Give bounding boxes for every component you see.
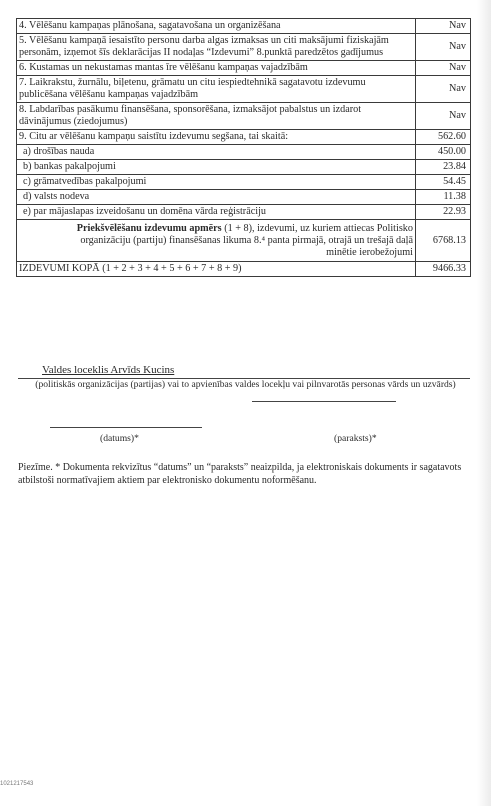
signatory-name: Valdes loceklis Arvīds Kucins bbox=[42, 364, 174, 376]
subrow-value: 11.38 bbox=[416, 190, 471, 205]
subrow-label: a) drošības nauda bbox=[17, 145, 416, 160]
signatory-caption: (politiskās organizācijas (partijas) vai… bbox=[18, 379, 473, 390]
signature-line bbox=[252, 401, 396, 402]
document-id: 1021217543 bbox=[0, 781, 33, 787]
row-value: Nav bbox=[416, 19, 471, 34]
scan-shadow bbox=[477, 0, 491, 806]
table-row: 8. Labdarības pasākumu finansēšana, spon… bbox=[17, 103, 471, 130]
row-label: 9. Citu ar vēlēšanu kampaņu saistītu izd… bbox=[17, 130, 416, 145]
row-label: 8. Labdarības pasākumu finansēšana, spon… bbox=[17, 103, 416, 130]
table-row: 6. Kustamas un nekustamas mantas īre vēl… bbox=[17, 61, 471, 76]
row-label: 5. Vēlēšanu kampaņā iesaistīto personu d… bbox=[17, 34, 416, 61]
subrow-label: d) valsts nodeva bbox=[17, 190, 416, 205]
table-row: 5. Vēlēšanu kampaņā iesaistīto personu d… bbox=[17, 34, 471, 61]
table-subrow: b) bankas pakalpojumi23.84 bbox=[17, 160, 471, 175]
total-value: 9466.33 bbox=[416, 262, 471, 277]
expenses-table: 4. Vēlēšanu kampaņas plānošana, sagatavo… bbox=[16, 18, 471, 277]
row-value: Nav bbox=[416, 103, 471, 130]
total-label: IZDEVUMI KOPĀ (1 + 2 + 3 + 4 + 5 + 6 + 7… bbox=[17, 262, 416, 277]
table-subrow: d) valsts nodeva11.38 bbox=[17, 190, 471, 205]
table-row: 7. Laikrakstu, žurnālu, biļetenu, grāmat… bbox=[17, 76, 471, 103]
preelection-label: Priekšvēlēšanu izdevumu apmērs (1 + 8), … bbox=[17, 220, 416, 262]
subrow-value: 23.84 bbox=[416, 160, 471, 175]
table-subrow: c) grāmatvedības pakalpojumi54.45 bbox=[17, 175, 471, 190]
row-value: 562.60 bbox=[416, 130, 471, 145]
preelection-row: Priekšvēlēšanu izdevumu apmērs (1 + 8), … bbox=[17, 220, 471, 262]
table-row: 4. Vēlēšanu kampaņas plānošana, sagatavo… bbox=[17, 19, 471, 34]
date-line bbox=[50, 427, 202, 428]
subrow-value: 54.45 bbox=[416, 175, 471, 190]
signatory-name-line: Valdes loceklis Arvīds Kucins bbox=[18, 364, 470, 379]
row-label: 4. Vēlēšanu kampaņas plānošana, sagatavo… bbox=[17, 19, 416, 34]
subrow-value: 22.93 bbox=[416, 205, 471, 220]
subrow-label: c) grāmatvedības pakalpojumi bbox=[17, 175, 416, 190]
row-value: Nav bbox=[416, 61, 471, 76]
signature-label: (paraksts)* bbox=[334, 433, 377, 444]
subrow-value: 450.00 bbox=[416, 145, 471, 160]
table-row: 9. Citu ar vēlēšanu kampaņu saistītu izd… bbox=[17, 130, 471, 145]
subrow-label: e) par mājaslapas izveidošanu un domēna … bbox=[17, 205, 416, 220]
row-label: 7. Laikrakstu, žurnālu, biļetenu, grāmat… bbox=[17, 76, 416, 103]
subrow-label: b) bankas pakalpojumi bbox=[17, 160, 416, 175]
date-label: (datums)* bbox=[100, 433, 139, 444]
row-label: 6. Kustamas un nekustamas mantas īre vēl… bbox=[17, 61, 416, 76]
table-subrow: a) drošības nauda450.00 bbox=[17, 145, 471, 160]
total-row: IZDEVUMI KOPĀ (1 + 2 + 3 + 4 + 5 + 6 + 7… bbox=[17, 262, 471, 277]
row-value: Nav bbox=[416, 76, 471, 103]
preelection-bold: Priekšvēlēšanu izdevumu apmērs bbox=[77, 223, 222, 234]
row-value: Nav bbox=[416, 34, 471, 61]
table-subrow: e) par mājaslapas izveidošanu un domēna … bbox=[17, 205, 471, 220]
footnote: Piezīme. * Dokumenta rekvizītus “datums”… bbox=[18, 461, 470, 487]
preelection-value: 6768.13 bbox=[416, 220, 471, 262]
